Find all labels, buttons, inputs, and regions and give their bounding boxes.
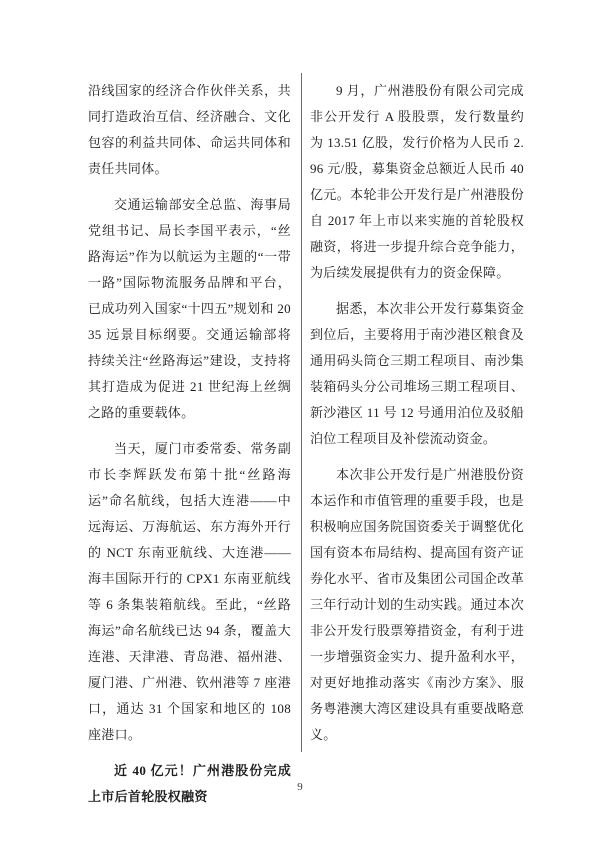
paragraph: 据悉，本次非公开发行募集资金到位后，主要将用于南沙港区粮食及通用码头筒仓三期工程… [310,296,524,452]
paragraph: 9 月，广州港股份有限公司完成非公开发行 A 股股票，发行数量约为 13.51 … [310,78,524,286]
paragraph: 本次非公开发行是广州港股份资本运作和市值管理的重要手段，也是积极响应国务院国资委… [310,462,524,748]
document-page: 沿线国家的经济合作伙伴关系，共同打造政治互信、经济融合、文化包容的利益共同体、命… [0,0,600,848]
paragraph: 沿线国家的经济合作伙伴关系，共同打造政治互信、经济融合、文化包容的利益共同体、命… [88,78,291,182]
column-divider [301,73,302,752]
page-number: 9 [0,781,600,793]
paragraph: 当天，厦门市委常委、常务副市长李辉跃发布第十批“丝路海运”命名航线，包括大连港—… [88,436,291,748]
right-column: 9 月，广州港股份有限公司完成非公开发行 A 股股票，发行数量约为 13.51 … [310,78,524,748]
left-column: 沿线国家的经济合作伙伴关系，共同打造政治互信、经济融合、文化包容的利益共同体、命… [88,78,291,810]
paragraph: 交通运输部安全总监、海事局党组书记、局长李国平表示，“丝路海运”作为以航运为主题… [88,192,291,426]
